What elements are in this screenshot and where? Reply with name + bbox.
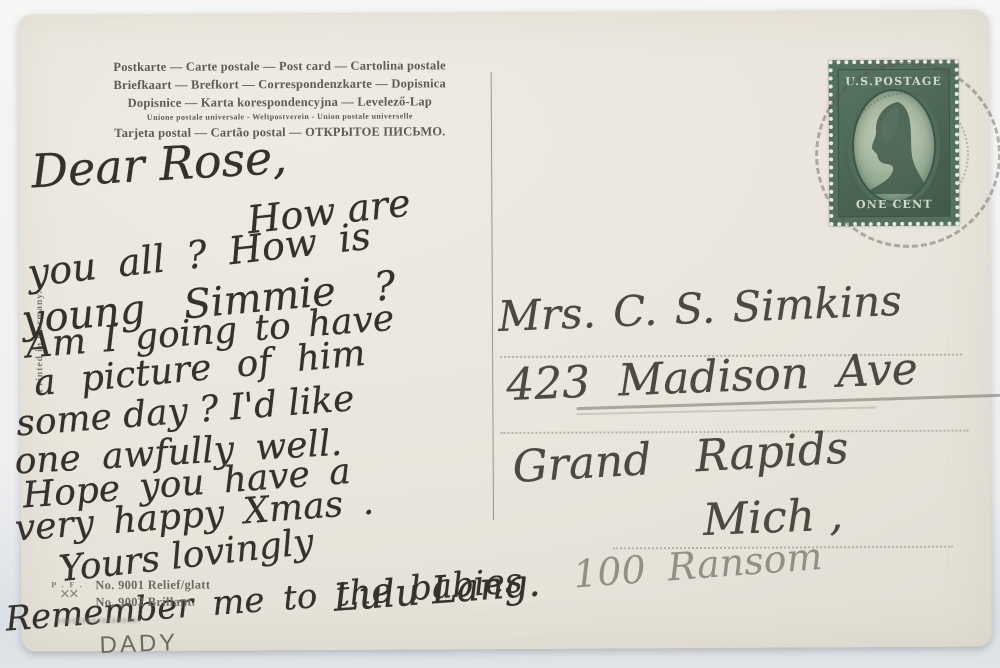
publisher-line-2: No. 9002 Brillant.: [95, 595, 195, 611]
franklin-portrait: [852, 89, 937, 203]
postcard: Postkarte — Carte postale — Post card — …: [18, 9, 991, 651]
publisher-logo: P.F. ✕✕: [51, 580, 85, 599]
illegible-small-print: [58, 618, 140, 623]
header-line-1: Postkarte — Carte postale — Post card — …: [74, 56, 486, 76]
message-line: Dear Rose,: [30, 134, 288, 195]
pencil-note-ransom: 100 Ransom: [572, 537, 824, 594]
header-line-3: Dopisnice — Karta korespondencyjna — Lev…: [74, 92, 486, 112]
postcard-photo: Postkarte — Carte postale — Post card — …: [0, 0, 1000, 668]
stamp-value-label: ONE CENT: [839, 198, 949, 212]
franklin-silhouette-icon: [854, 91, 935, 201]
address-recipient: Mrs. C. S. Simkins: [497, 280, 903, 338]
printers-mark-icon: ✕✕: [51, 589, 85, 599]
stamp-country-label: U.S.POSTAGE: [839, 75, 949, 89]
stamp-frame: U.S.POSTAGE ONE CENT: [838, 69, 951, 218]
header-line-2: Briefkaart — Brefkort — Correspondenzkar…: [74, 74, 486, 94]
publisher-line-1: No. 9001 Relief/glatt: [95, 578, 210, 594]
address-city: Grand Rapids: [511, 427, 849, 490]
pencil-note-dady: DADY: [99, 629, 179, 660]
address-divider-line: [491, 72, 494, 520]
address-state: Mich ,: [702, 493, 844, 543]
postage-stamp: U.S.POSTAGE ONE CENT: [829, 60, 960, 227]
